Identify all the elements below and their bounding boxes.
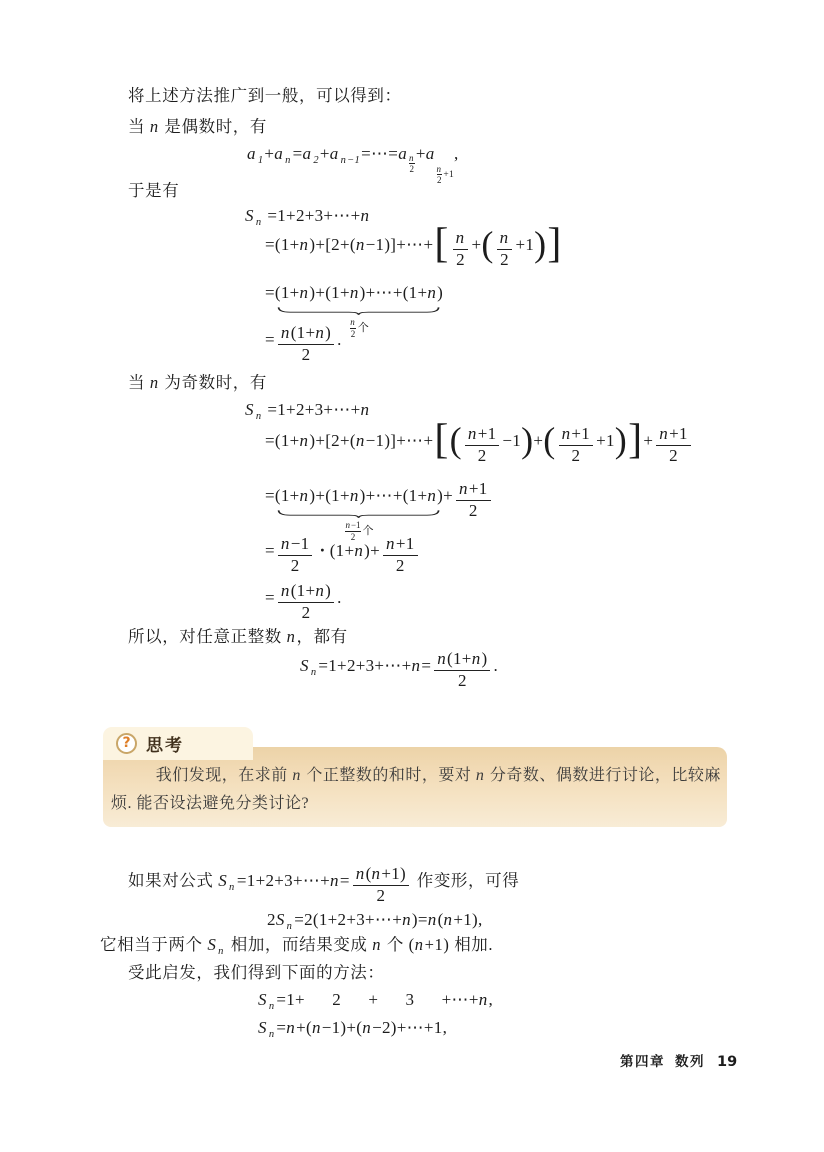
paragraph-equiv: 它相当于两个 Sn 相加，而结果变成 n 个 (n+1) 相加. [100, 933, 493, 963]
formula-method-line1: Sn=1+ 2 + 3 +⋯+n, [258, 988, 493, 1019]
math-token: S [300, 656, 310, 675]
fraction: n(1+n)2 [278, 581, 334, 623]
subscript-fraction: n2 [437, 164, 443, 186]
math-token: =⋯=a [361, 144, 408, 163]
math-token: = [265, 486, 275, 505]
fraction-denominator: 2 [559, 445, 594, 466]
math-token: . [337, 588, 342, 607]
underbrace-label: n2个 [349, 316, 369, 340]
formula-odd-simplify: =n−12·(1+n)+n+12 [265, 534, 421, 576]
math-subscript: n [218, 946, 225, 957]
math-token: +1 [443, 163, 454, 187]
math-token: +1 [515, 235, 534, 254]
fraction-denominator: 2 [409, 163, 415, 174]
math-token: =n+(n−1)+(n−2)+⋯+1, [276, 1018, 447, 1037]
math-subscript: n [311, 667, 318, 678]
think-box-title: 思考 [146, 731, 184, 756]
math-token: . [337, 330, 342, 349]
fraction: n(n+1)2 [353, 864, 409, 906]
math-token: +a [320, 144, 340, 163]
math-token: S [245, 206, 255, 225]
paragraph-intro: 将上述方法推广到一般，可以得到： [128, 84, 402, 107]
fraction-denominator: 2 [453, 249, 469, 270]
math-token: 2S [267, 910, 286, 929]
footer-chapter: 第四章 [620, 1054, 665, 1069]
fraction-numerator: n [350, 317, 356, 327]
math-token: (1+n)+(1+n)+⋯+(1+n) [275, 281, 443, 305]
math-token: =1+ 2 + 3 +⋯+n, [276, 990, 493, 1009]
math-token: = [265, 541, 275, 560]
formula-odd-result: =n(1+n)2. [265, 581, 342, 623]
fraction-denominator: 2 [278, 555, 313, 576]
fraction-denominator: 2 [437, 174, 443, 185]
math-token: = [265, 588, 275, 607]
fraction-denominator: 2 [350, 328, 356, 339]
math-token: a [247, 144, 257, 163]
text-run: 相加，而结果变成 n 个 (n+1) 相加. [226, 935, 493, 954]
subscript-fraction: n2 [350, 317, 356, 339]
fraction-denominator: 2 [497, 249, 513, 270]
math-token: =2(1+2+3+⋯+n)=n(n+1), [294, 910, 482, 929]
left-bracket: [ [433, 221, 449, 267]
fraction: n−12 [278, 534, 313, 576]
math-token: −1 [502, 431, 521, 450]
page-footer: 第四章数列19 [620, 1050, 737, 1070]
math-token: +1 [596, 431, 615, 450]
footer-section: 数列 [675, 1054, 705, 1069]
math-token: = [265, 283, 275, 302]
formula-even-result: =n(1+n)2. [265, 323, 342, 365]
fraction-numerator: n+1 [559, 424, 594, 445]
math-token: + [533, 431, 543, 450]
subscript-fraction: n2 [409, 153, 415, 175]
math-subscript: 1 [258, 155, 264, 166]
fraction-numerator: n+1 [383, 534, 418, 555]
fraction-numerator: n+1 [456, 479, 491, 500]
math-token: (1+n)+ [330, 541, 380, 560]
fraction-denominator: 2 [278, 602, 334, 623]
fraction: n(1+n)2 [278, 323, 334, 365]
fraction: n(1+n)2 [434, 649, 490, 691]
fraction-numerator: n+1 [656, 424, 691, 445]
paragraph-thus: 于是有 [128, 179, 179, 202]
left-paren: ( [450, 420, 462, 460]
paragraph-odd-case: 当 n 为奇数时，有 [128, 371, 267, 394]
math-subscript: 2 [313, 155, 319, 166]
math-token: , [454, 144, 459, 163]
math-token: =(1+n)+[2+(n−1)]+⋯+ [265, 431, 433, 450]
math-subscript: n [287, 921, 294, 932]
formula-even-expansion: =(1+n)+[2+(n−1)]+⋯+[n2+(n2+1)] [265, 228, 563, 270]
right-paren: ) [615, 420, 627, 460]
paragraph-therefore: 所以，对任意正整数 n，都有 [128, 625, 348, 648]
formula-final: Sn=1+2+3+⋯+n=n(1+n)2. [300, 649, 498, 691]
math-token: =1+2+3+⋯+n= [237, 871, 350, 890]
fraction-denominator: 2 [456, 500, 491, 521]
math-token: =1+2+3+⋯+n [267, 206, 370, 225]
right-paren: ) [534, 224, 546, 264]
math-subscript: n [256, 217, 263, 228]
fraction-numerator: n [497, 228, 513, 249]
fraction-denominator: 2 [434, 670, 490, 691]
fraction: n2 [497, 228, 513, 270]
formula-pair-sums: a1+an=a2+an−1=⋯=an2+an2+1, [247, 142, 459, 187]
fraction: n+12 [656, 424, 691, 466]
math-subscript: n [229, 882, 236, 893]
underbrace-icon [277, 510, 440, 518]
math-token: + [443, 486, 453, 505]
subscript-group: n2+1 [436, 163, 455, 187]
footer-page-number: 19 [717, 1054, 737, 1070]
math-subscript: n−1 [341, 155, 361, 166]
fraction-numerator: n(1+n) [278, 323, 334, 344]
fraction-denominator: 2 [465, 445, 500, 466]
text-run: 如果对公式 [128, 871, 218, 890]
math-token: S [245, 400, 255, 419]
text-run: 作变形，可得 [412, 871, 519, 890]
math-token: S [207, 935, 217, 954]
left-paren: ( [481, 224, 493, 264]
math-subscript: n [269, 1001, 276, 1012]
question-mark-icon: ? [116, 733, 137, 754]
fraction-numerator: n(1+n) [278, 581, 334, 602]
count-unit: 个 [358, 316, 369, 340]
fraction: n2 [453, 228, 469, 270]
right-bracket: ] [627, 417, 643, 463]
math-token: (1+n)+(1+n)+⋯+(1+n) [275, 484, 443, 508]
math-token: S [258, 1018, 268, 1037]
think-box-text-line1: 我们发现，在求前 n 个正整数的和时，要对 n 分奇数、偶数进行讨论，比较麻 [111, 762, 705, 790]
paragraph-inspired: 受此启发，我们得到下面的方法： [128, 961, 385, 984]
fraction-numerator: n [409, 153, 415, 163]
math-token: + [471, 235, 481, 254]
math-token: . [493, 656, 498, 675]
text-run: 它相当于两个 [100, 935, 207, 954]
left-bracket: [ [433, 417, 449, 463]
math-token: =1+2+3+⋯+n= [318, 656, 431, 675]
fraction-numerator: n+1 [465, 424, 500, 445]
math-token: +a [264, 144, 284, 163]
paragraph-even-case: 当 n 是偶数时，有 [128, 115, 267, 138]
right-bracket: ] [546, 221, 562, 267]
underbrace-icon [277, 307, 440, 315]
fraction-denominator: 2 [656, 445, 691, 466]
fraction: n+12 [465, 424, 500, 466]
math-token: = [265, 330, 275, 349]
think-box-text-line2: 烦. 能否设法避免分类讨论? [111, 790, 705, 818]
paragraph-transform: 如果对公式 Sn=1+2+3+⋯+n=n(n+1)2 作变形，可得 [128, 864, 519, 906]
fraction: n+12 [559, 424, 594, 466]
math-token: =a [293, 144, 313, 163]
think-box: ? 思考 我们发现，在求前 n 个正整数的和时，要对 n 分奇数、偶数进行讨论，… [103, 727, 727, 827]
fraction: n+12 [456, 479, 491, 521]
fraction-numerator: n [437, 164, 443, 174]
textbook-page: 将上述方法推广到一般，可以得到： 当 n 是偶数时，有 a1+an=a2+an−… [0, 0, 824, 1152]
formula-method-line2: Sn=n+(n−1)+(n−2)+⋯+1, [258, 1016, 447, 1047]
math-token: =1+2+3+⋯+n [267, 400, 370, 419]
math-token: S [258, 990, 268, 1009]
think-box-tab: ? 思考 [103, 727, 253, 760]
multiplication-dot: · [315, 540, 329, 560]
math-subscript: n [269, 1029, 276, 1040]
fraction-numerator: n−1 [278, 534, 313, 555]
fraction-denominator: 2 [383, 555, 418, 576]
fraction-numerator: n [453, 228, 469, 249]
formula-odd-expansion: =(1+n)+[2+(n−1)]+⋯+[(n+12−1)+(n+12+1)]+n… [265, 424, 694, 466]
right-paren: ) [521, 420, 533, 460]
fraction-numerator: n(1+n) [434, 649, 490, 670]
math-token: =(1+n)+[2+(n−1)]+⋯+ [265, 235, 433, 254]
fraction-numerator: n−1 [345, 520, 360, 530]
fraction: n+12 [383, 534, 418, 576]
fraction-numerator: n(n+1) [353, 864, 409, 885]
fraction-denominator: 2 [353, 885, 409, 906]
left-paren: ( [543, 420, 555, 460]
math-token: S [218, 871, 228, 890]
math-token: + [643, 431, 653, 450]
math-subscript: n [285, 155, 292, 166]
math-token: +a [416, 144, 436, 163]
math-subscript: n [256, 411, 263, 422]
fraction-denominator: 2 [278, 344, 334, 365]
